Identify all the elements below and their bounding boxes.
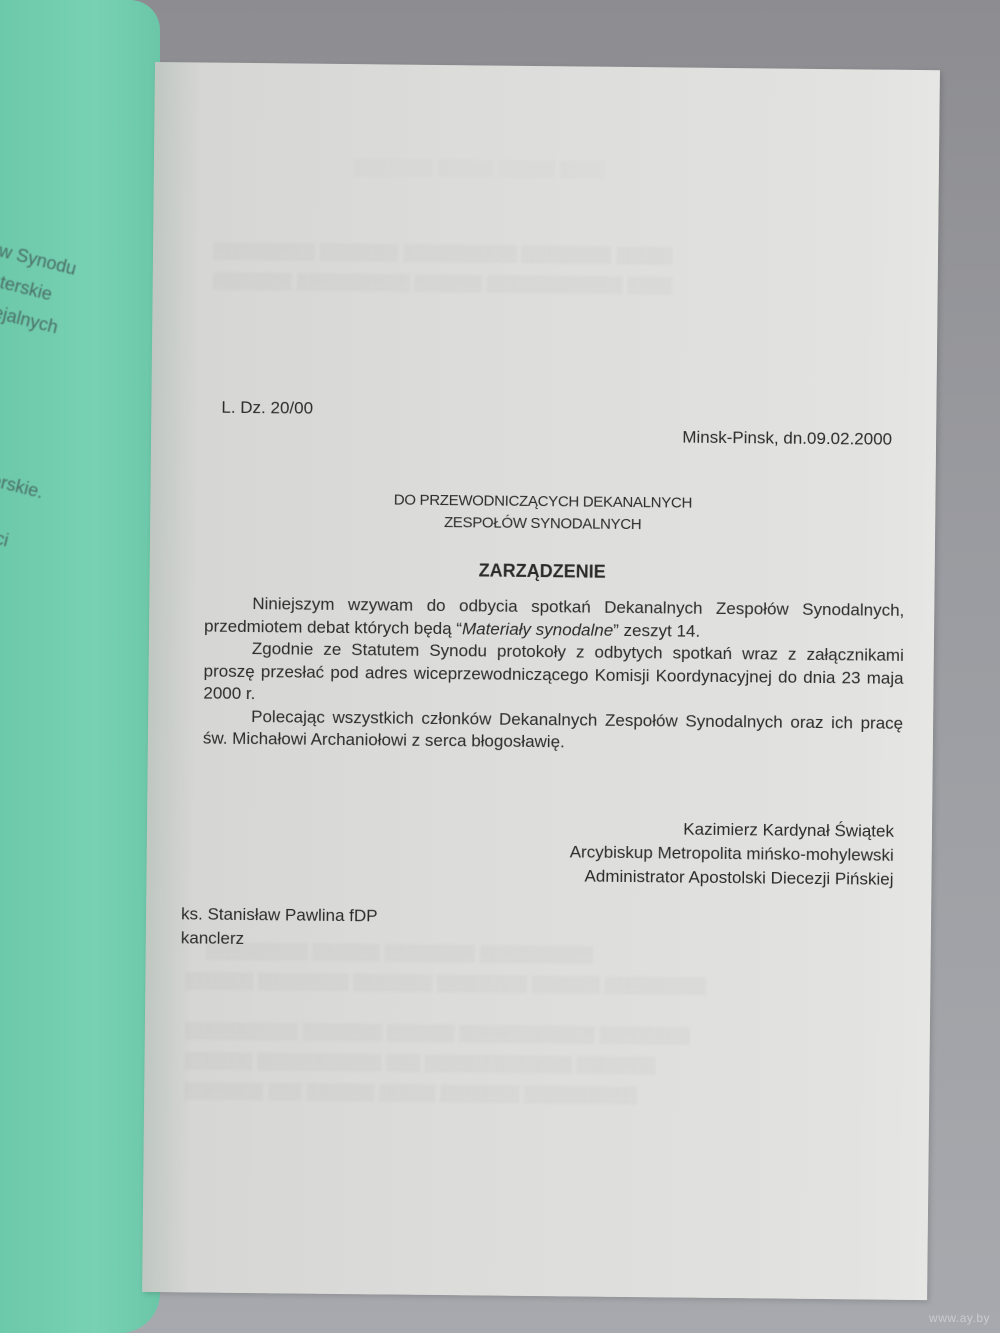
document-page: ░░░░ ░░░░░ ░░░░░ ░░░░░░░ ▒▒▒▒▒▒▒▒▒ ▒▒▒▒▒…: [142, 62, 940, 1300]
cover-text-fragment: erskie.: [0, 470, 45, 503]
chancellor-role: kanclerz: [181, 926, 378, 952]
reference-number: L. Dz. 20/00: [221, 398, 313, 419]
signature-block: Kazimierz Kardynał Świątek Arcybiskup Me…: [569, 816, 894, 891]
chancellor-block: ks. Stanisław Pawlina fDP kanclerz: [181, 902, 378, 952]
signatory-title: Administrator Apostolski Diecezji Piński…: [569, 864, 893, 891]
signatory-name: Kazimierz Kardynał Świątek: [570, 816, 894, 843]
paragraph-2: Zgodnie ze Statutem Synodu protokoły z o…: [203, 638, 904, 713]
document-body: Niniejszym wzywam do odbycia spotkań Dek…: [203, 593, 905, 758]
cover-text-fragment: sterskie: [0, 270, 54, 305]
place-date: Minsk-Pinsk, dn.09.02.2000: [682, 428, 892, 450]
cover-text-fragment: ejalnych: [0, 302, 60, 338]
green-booklet-cover: ów Synodu sterskie ejalnych erskie. ci: [0, 0, 160, 1333]
paragraph-1: Niniejszym wzywam do odbycia spotkań Dek…: [204, 593, 904, 645]
publication-title: Materiały synodalne: [462, 619, 613, 640]
signatory-title: Arcybiskup Metropolita mińsko-mohylewski: [570, 840, 894, 867]
document-title: ZARZĄDZENIE: [150, 557, 935, 586]
addressee: DO PRZEWODNICZĄCYCH DEKANALNYCH ZESPOŁÓW…: [150, 487, 935, 539]
cover-text-fragment: ci: [0, 528, 11, 552]
paragraph-3: Polecając wszystkich członków Dekanalnyc…: [203, 705, 903, 757]
chancellor-name: ks. Stanisław Pawlina fDP: [181, 902, 378, 928]
watermark: www.ay.by: [929, 1311, 990, 1325]
